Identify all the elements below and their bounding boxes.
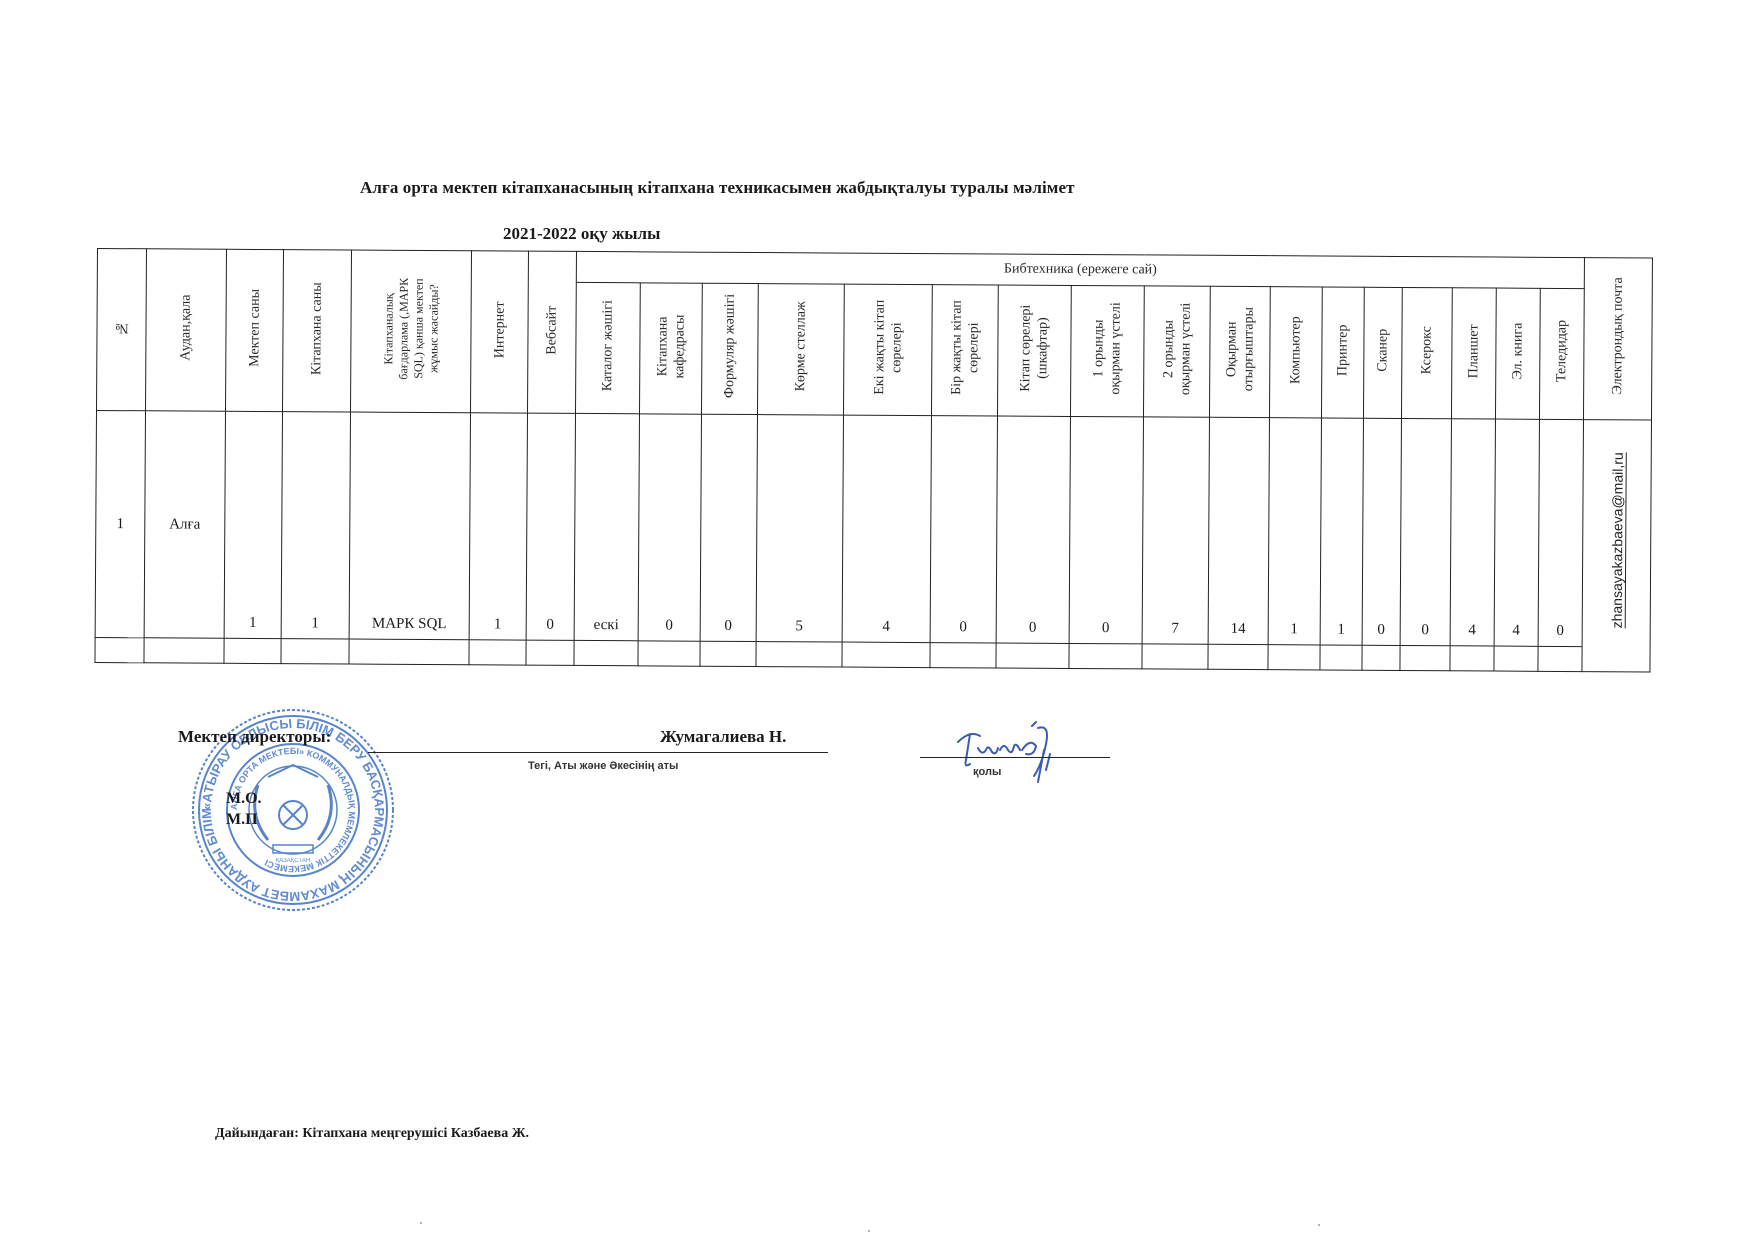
- empty-cell: [842, 642, 930, 668]
- cell-internet: 1: [469, 413, 527, 640]
- header-equipment-2: Формуляр жәшігі: [701, 283, 758, 414]
- cell-library-software: МАРК SQL: [349, 412, 470, 640]
- cell-equipment-8: 7: [1142, 417, 1209, 644]
- signature-caption: қолы: [973, 766, 1001, 778]
- empty-cell: [1320, 645, 1362, 670]
- cell-equipment-13: 0: [1400, 418, 1451, 645]
- cell-equipment-3: 5: [756, 415, 843, 643]
- header-equipment-8: 2 орынды оқырман үстелі: [1143, 286, 1210, 417]
- cell-libraries: 1: [281, 412, 350, 639]
- empty-cell: [1400, 645, 1450, 670]
- header-equipment-12: Сканер: [1363, 287, 1402, 418]
- signature-line: [920, 757, 1110, 758]
- equipment-table-wrapper: № Аудан,қала Мектеп саны Кітапхана саны …: [94, 248, 1653, 672]
- cell-equipment-12: 0: [1362, 418, 1401, 645]
- header-equipment-0: Каталог жәшігі: [575, 282, 640, 413]
- header-equipment-14: Планшет: [1451, 288, 1496, 419]
- header-equipment-6: Кітап сөрелері (шкафтар): [997, 285, 1071, 416]
- empty-cell: [349, 639, 469, 665]
- seal-place-label: М.О. М.П: [226, 788, 262, 830]
- empty-cell: [469, 640, 526, 665]
- email-link[interactable]: zhansayakazbaeva@mail,ru: [1608, 452, 1625, 628]
- header-email: Электрондық почта: [1583, 258, 1652, 420]
- director-name: Жумагалиева Н.: [660, 727, 786, 747]
- cell-equipment-14: 4: [1450, 419, 1495, 646]
- header-website: Вебсайт: [527, 251, 576, 413]
- director-label: Мектеп директоры:: [178, 727, 331, 747]
- header-equipment-3: Көрме стеллаж: [757, 284, 844, 416]
- cell-equipment-2: 0: [700, 414, 757, 641]
- header-equipment-11: Принтер: [1321, 287, 1364, 418]
- scan-speck: [868, 1230, 870, 1232]
- seal-label-ru: М.П: [226, 809, 262, 830]
- header-equipment-5: Бір жақты кітап сөрелері: [931, 285, 998, 416]
- empty-cell: [930, 643, 996, 668]
- prepared-by: Дайындаған: Кітапхана меңгерушісі Казбае…: [215, 1126, 529, 1142]
- header-equipment-10: Компьютер: [1269, 287, 1322, 418]
- cell-equipment-16: 0: [1538, 419, 1583, 646]
- header-equipment-4: Екі жақты кітап сөрелері: [843, 284, 932, 416]
- fio-caption: Тегі, Аты және Әкесінің аты: [528, 760, 678, 772]
- table-row: 1 Алға 1 1 МАРК SQL 1 0 ескі005400071411…: [95, 411, 1651, 647]
- cell-schools: 1: [224, 411, 282, 638]
- cell-equipment-6: 0: [996, 416, 1070, 643]
- header-district: Аудан,қала: [146, 249, 227, 411]
- cell-website: 0: [526, 413, 575, 640]
- header-equipment-9: Оқырман отырғыштары: [1209, 286, 1270, 417]
- header-equipment-16: Теледидар: [1539, 288, 1584, 419]
- header-number: №: [97, 249, 147, 411]
- empty-cell: [1268, 645, 1320, 670]
- svg-text:ҚАЗАҚСТАН: ҚАЗАҚСТАН: [276, 858, 311, 864]
- empty-cell: [1450, 646, 1494, 671]
- empty-cell: [526, 640, 574, 665]
- document-title: Алға орта мектеп кітапханасының кітапхан…: [360, 178, 1075, 198]
- empty-cell: [1142, 644, 1208, 669]
- header-equipment-13: Ксерокс: [1401, 287, 1452, 418]
- empty-cell: [574, 640, 638, 665]
- empty-cell: [281, 639, 349, 664]
- empty-cell: [1208, 644, 1268, 669]
- header-equipment-1: Кітапхана кафедрасы: [639, 283, 702, 414]
- equipment-table: № Аудан,қала Мектеп саны Кітапхана саны …: [94, 248, 1653, 672]
- empty-cell: [756, 642, 842, 668]
- cell-equipment-11: 1: [1320, 418, 1363, 645]
- header-internet: Интернет: [471, 251, 529, 413]
- cell-equipment-15: 4: [1494, 419, 1539, 646]
- empty-cell: [1362, 645, 1400, 670]
- cell-equipment-4: 4: [842, 415, 931, 643]
- cell-district: Алға: [144, 411, 225, 638]
- director-signature-line: [368, 752, 828, 753]
- cell-email[interactable]: zhansayakazbaeva@mail,ru: [1582, 420, 1652, 672]
- empty-cell: [1538, 646, 1582, 671]
- empty-cell: [95, 637, 144, 662]
- header-library-software: Кітапханалық бағдарлама (,МАРК SQL) қанш…: [351, 250, 472, 413]
- empty-cell: [996, 643, 1069, 668]
- cell-number: 1: [95, 411, 145, 638]
- cell-equipment-10: 1: [1268, 418, 1321, 645]
- cell-equipment-0: ескі: [574, 413, 639, 640]
- header-schools: Мектеп саны: [226, 249, 284, 411]
- scan-speck: [1318, 1224, 1320, 1226]
- empty-cell: [700, 641, 756, 666]
- cell-equipment-7: 0: [1069, 416, 1143, 643]
- empty-cell: [144, 638, 224, 663]
- header-equipment-15: Эл. книга: [1495, 288, 1540, 419]
- header-equipment-7: 1 орынды оқырман үстелі: [1070, 285, 1144, 416]
- empty-cell: [1069, 643, 1142, 668]
- empty-cell: [1494, 646, 1538, 671]
- scan-speck: [420, 1222, 422, 1224]
- header-libraries: Кітапхана саны: [283, 250, 352, 412]
- academic-year: 2021-2022 оқу жылы: [503, 224, 660, 244]
- seal-label-kz: М.О.: [226, 788, 262, 809]
- empty-cell: [638, 641, 700, 666]
- empty-cell: [224, 638, 281, 663]
- cell-equipment-1: 0: [638, 414, 701, 641]
- cell-equipment-5: 0: [930, 416, 997, 643]
- handwritten-signature: [950, 720, 1070, 785]
- cell-equipment-9: 14: [1208, 417, 1269, 644]
